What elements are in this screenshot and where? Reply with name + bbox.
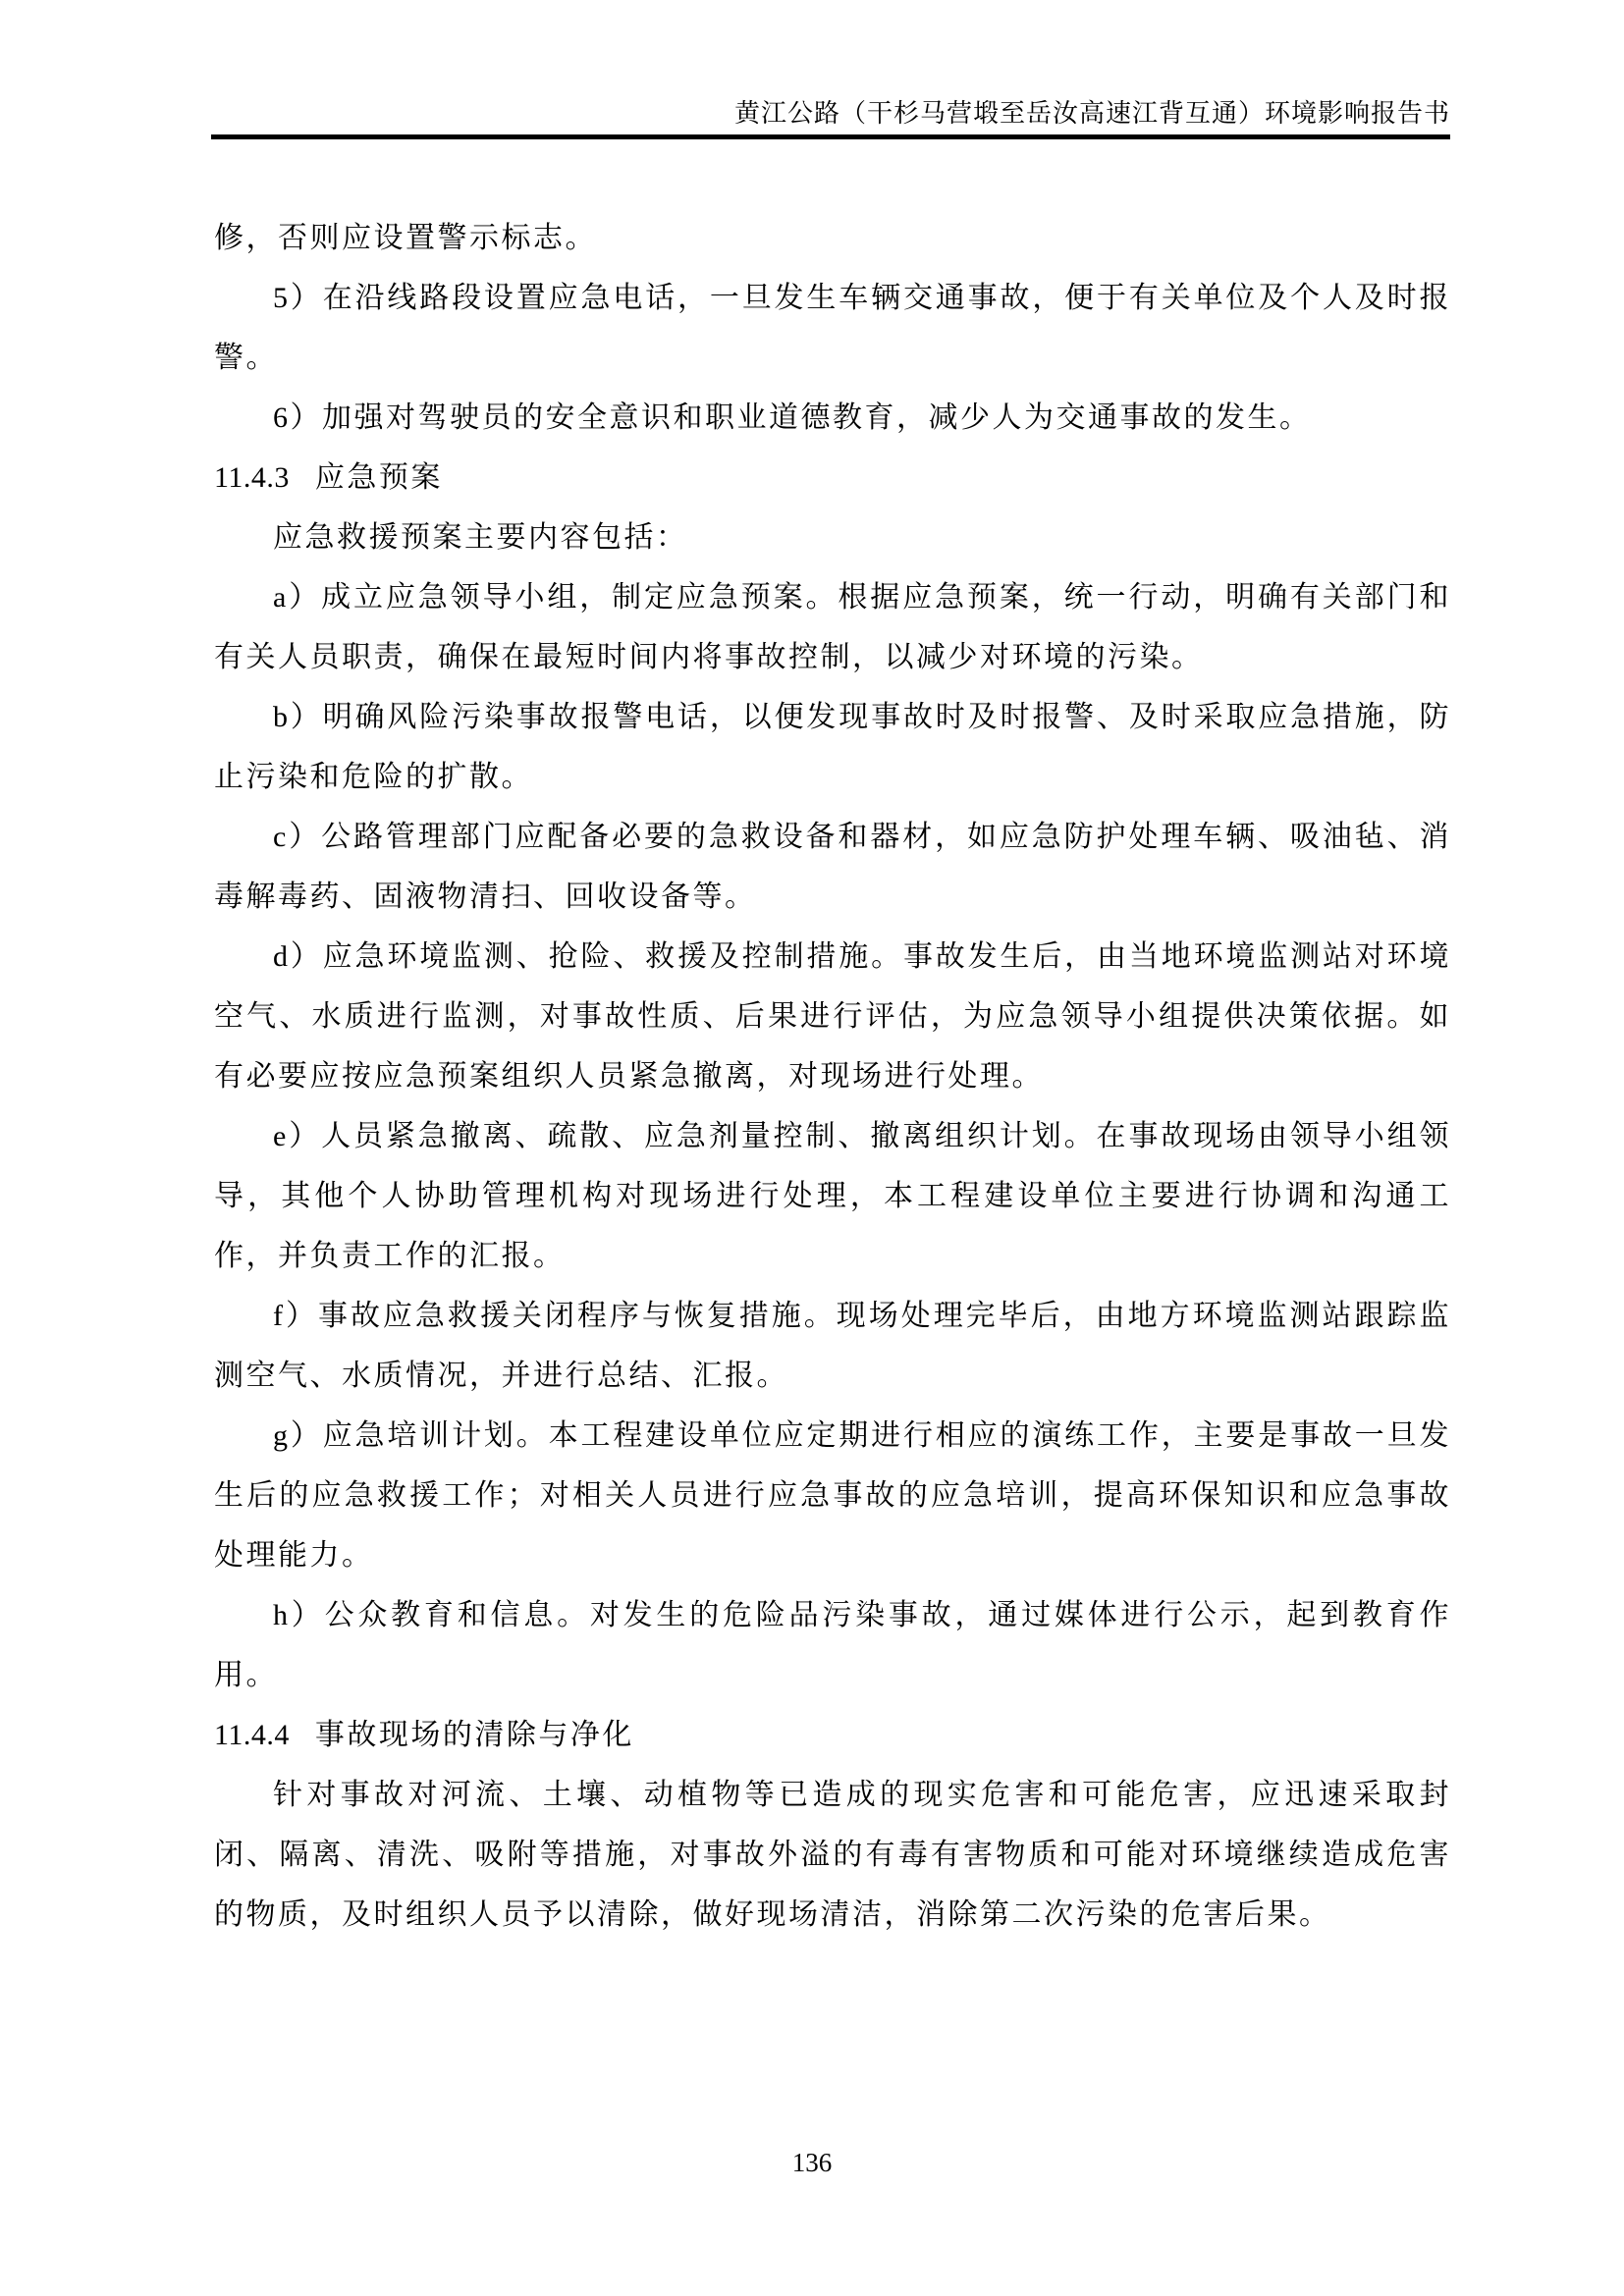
section-number: 11.4.4 xyxy=(214,1719,290,1751)
section-heading: 11.4.3应急预案 xyxy=(214,448,1451,507)
page-number: 136 xyxy=(0,2146,1624,2179)
paragraph: c）公路管理部门应配备必要的急救设备和器材，如应急防护处理车辆、吸油毡、消毒解毒… xyxy=(214,807,1451,927)
paragraph: e）人员紧急撤离、疏散、应急剂量控制、撤离组织计划。在事故现场由领导小组领导，其… xyxy=(214,1106,1451,1286)
section-heading: 11.4.4事故现场的清除与净化 xyxy=(214,1705,1451,1765)
document-body: 修，否则应设置警示标志。 5）在沿线路段设置应急电话，一旦发生车辆交通事故，便于… xyxy=(214,208,1451,1945)
paragraph: 针对事故对河流、土壤、动植物等已造成的现实危害和可能危害，应迅速采取封闭、隔离、… xyxy=(214,1765,1451,1945)
paragraph: h）公众教育和信息。对发生的危险品污染事故，通过媒体进行公示，起到教育作用。 xyxy=(214,1585,1451,1705)
paragraph: b）明确风险污染事故报警电话，以便发现事故时及时报警、及时采取应急措施，防止污染… xyxy=(214,687,1451,807)
section-number: 11.4.3 xyxy=(214,461,290,494)
page-header-title: 黄江公路（干杉马营塅至岳汝高速江背互通）环境影响报告书 xyxy=(211,98,1450,130)
paragraph: 5）在沿线路段设置应急电话，一旦发生车辆交通事故，便于有关单位及个人及时报警。 xyxy=(214,268,1451,388)
paragraph: d）应急环境监测、抢险、救援及控制措施。事故发生后，由当地环境监测站对环境空气、… xyxy=(214,927,1451,1106)
paragraph: g）应急培训计划。本工程建设单位应定期进行相应的演练工作，主要是事故一旦发生后的… xyxy=(214,1406,1451,1585)
header-rule xyxy=(211,134,1450,139)
section-title: 应急预案 xyxy=(315,461,443,494)
section-title: 事故现场的清除与净化 xyxy=(315,1719,634,1751)
paragraph: f）事故应急救援关闭程序与恢复措施。现场处理完毕后，由地方环境监测站跟踪监测空气… xyxy=(214,1286,1451,1406)
paragraph: 应急救援预案主要内容包括： xyxy=(214,507,1451,567)
paragraph: 6）加强对驾驶员的安全意识和职业道德教育，减少人为交通事故的发生。 xyxy=(214,388,1451,448)
document-page: 黄江公路（干杉马营塅至岳汝高速江背互通）环境影响报告书 修，否则应设置警示标志。… xyxy=(0,0,1624,2296)
paragraph: a）成立应急领导小组，制定应急预案。根据应急预案，统一行动，明确有关部门和有关人… xyxy=(214,567,1451,687)
paragraph: 修，否则应设置警示标志。 xyxy=(214,208,1451,268)
